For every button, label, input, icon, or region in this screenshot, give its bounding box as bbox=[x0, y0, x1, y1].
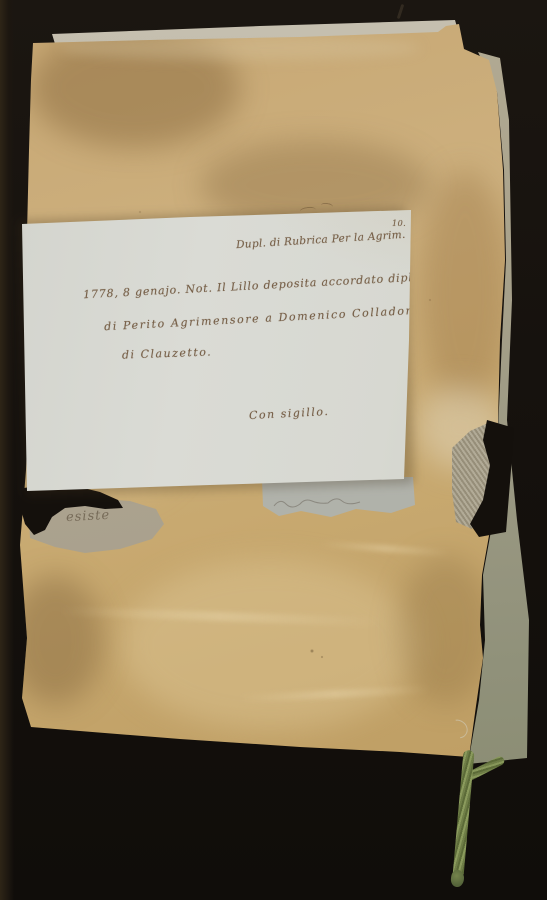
slip-folio-number: 10. bbox=[392, 219, 406, 228]
green-cord bbox=[438, 718, 538, 896]
archival-photo: esiste 10. Dupl. di Rubrica Per la Agrim… bbox=[0, 0, 547, 900]
cord-strand bbox=[452, 750, 474, 878]
top-edge-thread bbox=[397, 4, 404, 19]
white-thread bbox=[445, 716, 472, 742]
marginal-word: esiste bbox=[66, 508, 111, 525]
book-spine-edge bbox=[0, 0, 14, 900]
faint-writing-trace bbox=[272, 492, 382, 516]
